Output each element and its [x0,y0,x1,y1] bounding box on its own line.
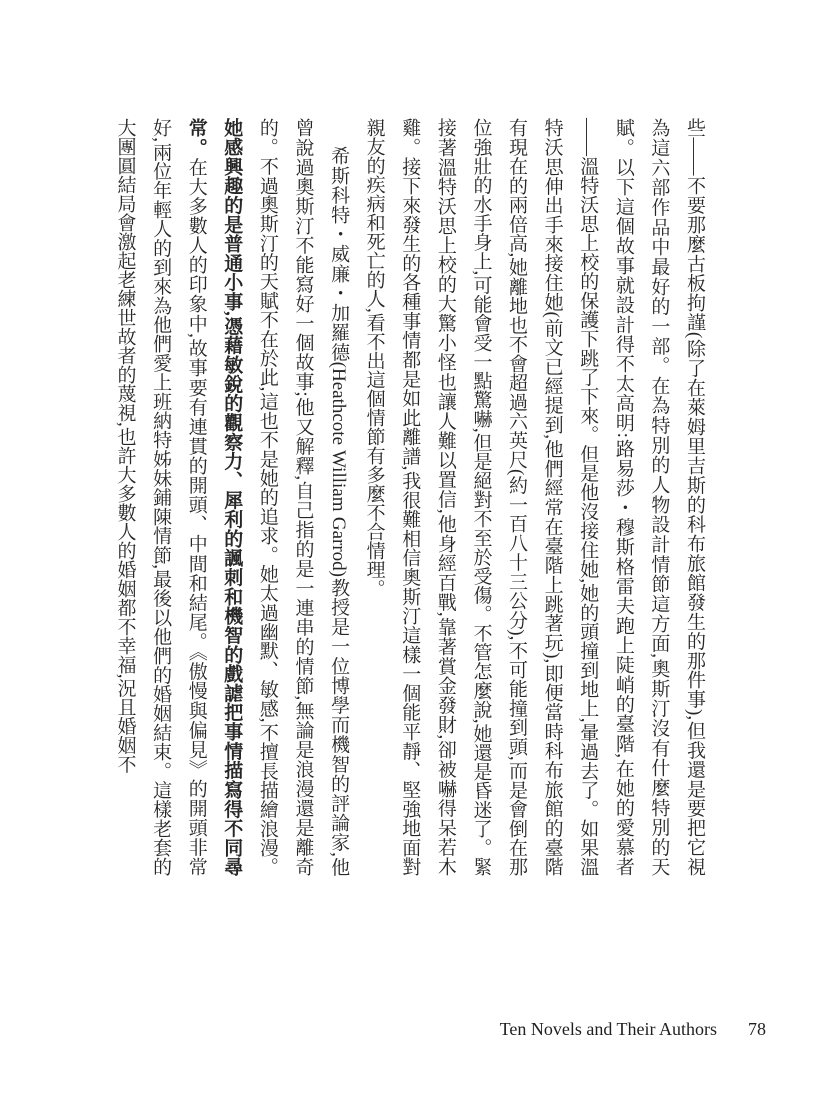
paragraph-1: 些——不要那麼古板拘謹(除了在萊姆里吉斯的科布旅館發生的那件事),但我還是要把它… [356,118,712,876]
vertical-text-block: 些——不要那麼古板拘謹(除了在萊姆里吉斯的科布旅館發生的那件事),但我還是要把它… [106,118,712,876]
paragraph-2-text-continued: 在大多數人的印象中,故事要有連貫的開頭、中間和結尾。《傲慢與偏見》的開頭非常好,… [115,118,207,876]
paragraph-2-text: 希斯科特・威廉・加羅德(Heathcote William Garrod)教授是… [257,118,349,876]
page-number: 78 [748,1019,766,1040]
page-footer: Ten Novels and Their Authors 78 [0,1019,766,1040]
book-page: 些——不要那麼古板拘謹(除了在萊姆里吉斯的科布旅館發生的那件事),但我還是要把它… [0,0,813,1100]
running-title: Ten Novels and Their Authors [500,1019,717,1040]
paragraph-2: 希斯科特・威廉・加羅德(Heathcote William Garrod)教授是… [107,118,356,876]
